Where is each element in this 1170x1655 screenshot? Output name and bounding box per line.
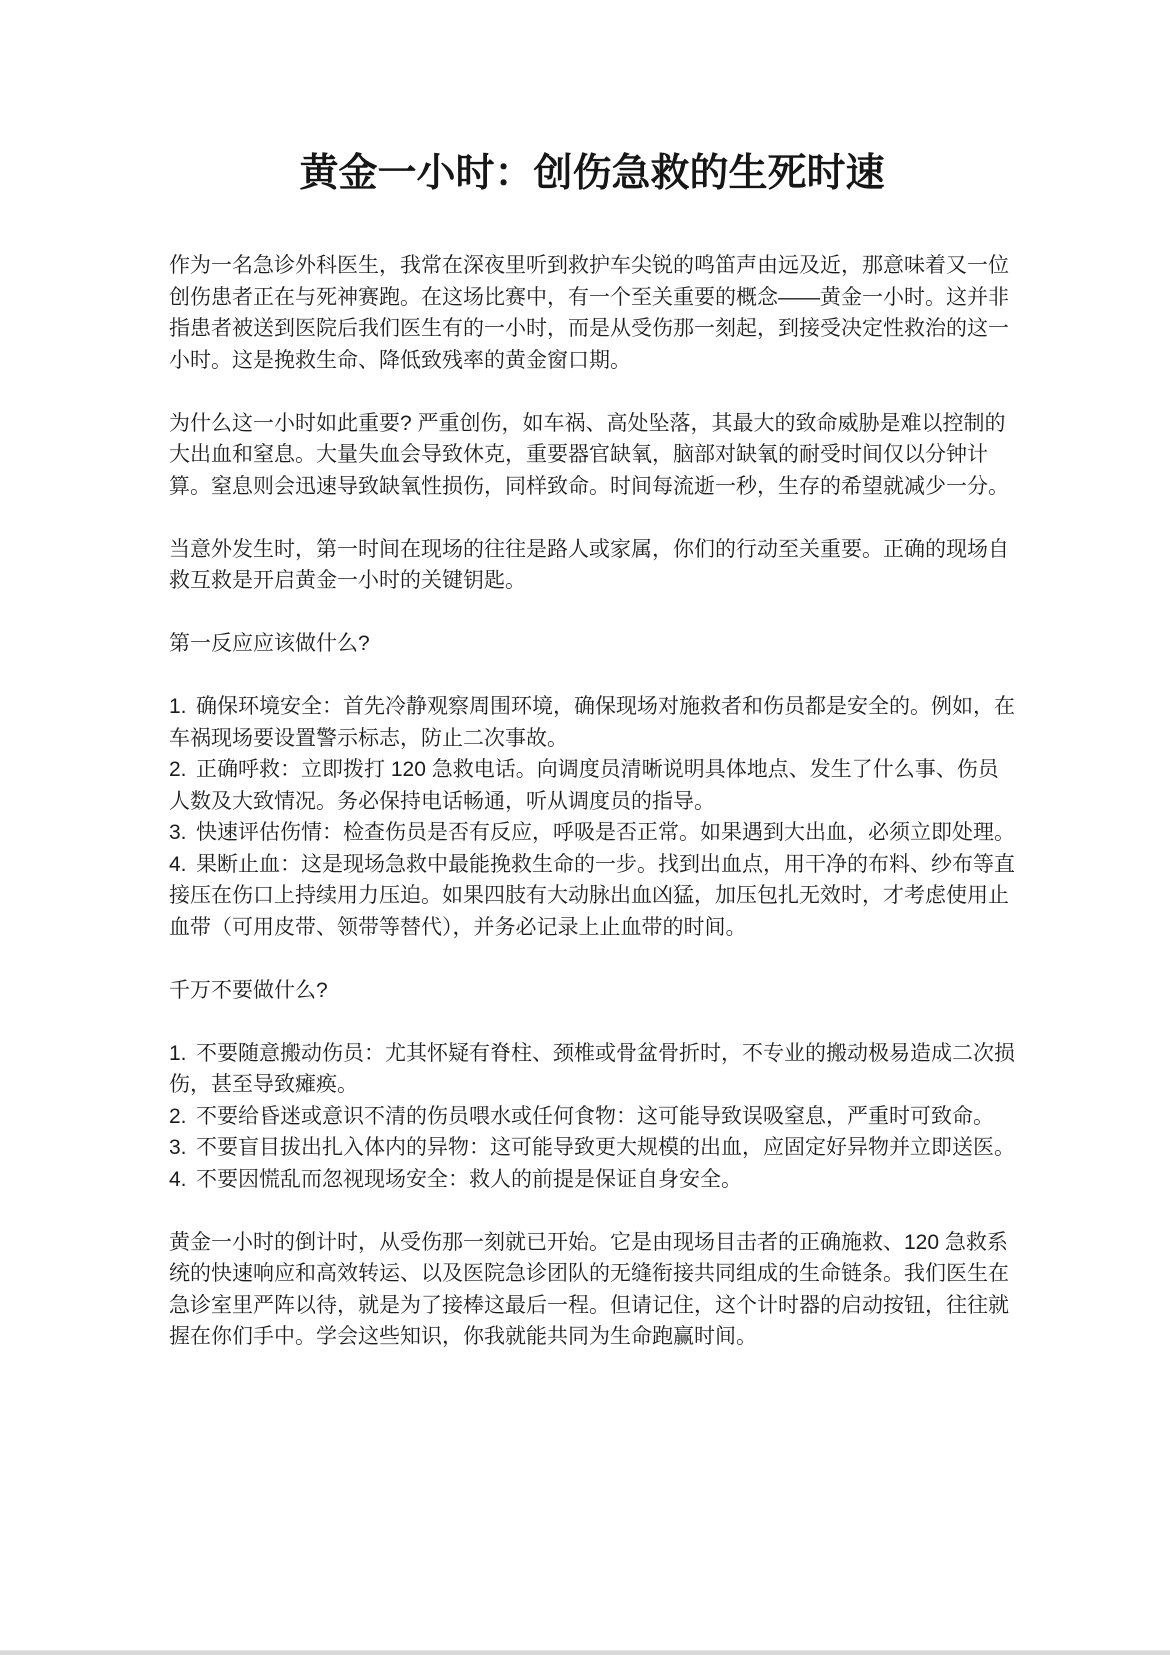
dont-list-item-2-text: 不要给昏迷或意识不清的伤员喂水或任何食物：这可能导致误吸窒息，严重时可致命。: [196, 1105, 994, 1128]
do-list-item-3: 3.快速评估伤情：检查伤员是否有反应，呼吸是否正常。如果遇到大出血，必须立即处理…: [169, 817, 1015, 849]
do-list-item-2-text: 正确呼救：立即拨打 120 急救电话。向调度员清晰说明具体地点、发生了什么事、伤…: [169, 758, 999, 813]
intro-paragraph-3: 当意外发生时，第一时间在现场的往往是路人或家属，你们的行动至关重要。正确的现场自…: [169, 534, 1015, 597]
closing-paragraph: 黄金一小时的倒计时，从受伤那一刻就已开始。它是由现场目击者的正确施救、120 急…: [169, 1227, 1015, 1353]
do-list-item-1: 1.确保环境安全：首先冷静观察周围环境，确保现场对施救者和伤员都是安全的。例如，…: [169, 691, 1015, 754]
intro-paragraph-2: 为什么这一小时如此重要? 严重创伤，如车祸、高处坠落，其最大的致命威胁是难以控制…: [169, 408, 1015, 503]
dont-list-item-3-text: 不要盲目拔出扎入体内的异物：这可能导致更大规模的出血，应固定好异物并立即送医。: [196, 1136, 1015, 1159]
dont-list-item-3: 3.不要盲目拔出扎入体内的异物：这可能导致更大规模的出血，应固定好异物并立即送医…: [169, 1132, 1015, 1164]
do-list-item-4-text: 果断止血：这是现场急救中最能挽救生命的一步。找到出血点，用干净的布料、纱布等直接…: [169, 853, 1015, 939]
dont-list-item-3-number: 3.: [169, 1132, 196, 1164]
dont-list-item-2: 2.不要给昏迷或意识不清的伤员喂水或任何食物：这可能导致误吸窒息，严重时可致命。: [169, 1101, 1015, 1133]
do-list-item-3-text: 快速评估伤情：检查伤员是否有反应，呼吸是否正常。如果遇到大出血，必须立即处理。: [196, 821, 1015, 844]
section-heading-what-not-to-do: 千万不要做什么?: [169, 975, 1015, 1007]
do-list-item-4: 4.果断止血：这是现场急救中最能挽救生命的一步。找到出血点，用干净的布料、纱布等…: [169, 849, 1015, 944]
do-list-item-2: 2.正确呼救：立即拨打 120 急救电话。向调度员清晰说明具体地点、发生了什么事…: [169, 754, 1015, 817]
intro-paragraph-1: 作为一名急诊外科医生，我常在深夜里听到救护车尖锐的鸣笛声由远及近，那意味着又一位…: [169, 250, 1015, 376]
dont-list-item-1: 1.不要随意搬动伤员：尤其怀疑有脊柱、颈椎或骨盆骨折时，不专业的搬动极易造成二次…: [169, 1038, 1015, 1101]
do-list-item-4-number: 4.: [169, 849, 196, 881]
do-list: 1.确保环境安全：首先冷静观察周围环境，确保现场对施救者和伤员都是安全的。例如，…: [169, 691, 1015, 943]
dont-list-item-4: 4.不要因慌乱而忽视现场安全：救人的前提是保证自身安全。: [169, 1164, 1015, 1196]
dont-list: 1.不要随意搬动伤员：尤其怀疑有脊柱、颈椎或骨盆骨折时，不专业的搬动极易造成二次…: [169, 1038, 1015, 1196]
dont-list-item-1-text: 不要随意搬动伤员：尤其怀疑有脊柱、颈椎或骨盆骨折时，不专业的搬动极易造成二次损伤…: [169, 1042, 1015, 1097]
dont-list-item-1-number: 1.: [169, 1038, 196, 1070]
do-list-item-1-text: 确保环境安全：首先冷静观察周围环境，确保现场对施救者和伤员都是安全的。例如，在车…: [169, 695, 1015, 750]
do-list-item-3-number: 3.: [169, 817, 196, 849]
do-list-item-2-number: 2.: [169, 754, 196, 786]
dont-list-item-2-number: 2.: [169, 1101, 196, 1133]
dont-list-item-4-text: 不要因慌乱而忽视现场安全：救人的前提是保证自身安全。: [196, 1168, 742, 1191]
dont-list-item-4-number: 4.: [169, 1164, 196, 1196]
bottom-edge-bar: [0, 1650, 1170, 1655]
document-page: 黄金一小时：创伤急救的生死时速 作为一名急诊外科医生，我常在深夜里听到救护车尖锐…: [169, 0, 1015, 1353]
page-title: 黄金一小时：创伤急救的生死时速: [169, 149, 1015, 199]
do-list-item-1-number: 1.: [169, 691, 196, 723]
section-heading-what-to-do: 第一反应应该做什么?: [169, 628, 1015, 660]
